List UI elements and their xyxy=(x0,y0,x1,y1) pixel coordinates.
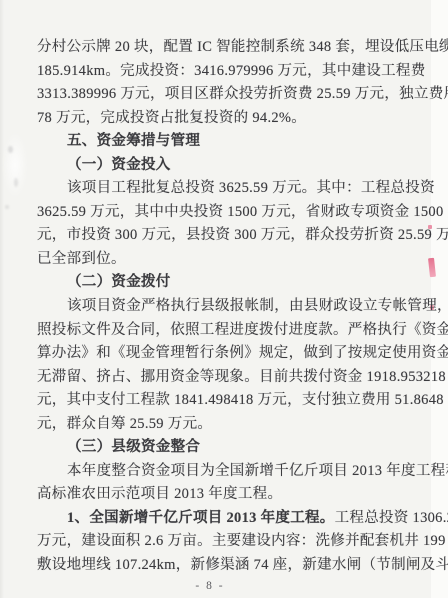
text-line: 敷设地埋线 107.24km，新修渠涵 74 座，新建水闸（节制闸及斗、 xyxy=(37,554,429,578)
text-line: 78 万元，完成投资占批复投资的 94.2%。 xyxy=(37,107,429,131)
heading-line: （三）县级资金整合 xyxy=(37,436,429,460)
text-line: 元，群众自筹 25.59 万元。 xyxy=(37,413,429,437)
text-line: 元，其中支付工程款 1841.498418 万元，支付独立费用 51.8648 … xyxy=(37,389,429,413)
scanned-document-page: 分村公示牌 20 块，配置 IC 智能控制系统 348 套，埋设低压电缆185.… xyxy=(0,0,448,598)
text-block: 分村公示牌 20 块，配置 IC 智能控制系统 348 套，埋设低压电缆185.… xyxy=(37,36,429,578)
heading-line: 五、资金筹措与管理 xyxy=(37,130,429,154)
text-line: 元，市投资 300 万元，县投资 300 万元，群众投劳折资 25.59 万元。 xyxy=(37,224,429,248)
text-line: 185.914km。完成投资：3416.979996 万元，其中建设工程费 xyxy=(37,60,429,84)
text-line: 1、全国新增千亿斤项目 2013 年度工程。工程总投资 1306.25 xyxy=(37,507,429,531)
text-line: 照投标文件及合同，依照工程进度拨付进度款。严格执行《资金结 xyxy=(37,319,429,343)
text-line: 该项目资金严格执行县级报帐制，由县财政设立专帐管理，按 xyxy=(37,295,429,319)
text-line: 已全部到位。 xyxy=(37,248,429,272)
page-left-edge-shade xyxy=(0,0,4,598)
scan-smudge xyxy=(2,130,28,200)
text-line: 算办法》和《现金管理暂行条例》规定，做到了按规定使用资金， xyxy=(37,342,429,366)
text-line: 高标准农田示范项目 2013 年度工程。 xyxy=(37,483,429,507)
text-line: 该项目工程批复总投资 3625.59 万元。其中：工程总投资 xyxy=(37,177,429,201)
heading-line: （一）资金投入 xyxy=(37,154,429,178)
scan-smudge xyxy=(8,146,13,153)
text-line: 无滞留、挤占、挪用资金等现象。目前共拨付资金 1918.953218 万 xyxy=(37,366,429,390)
text-line: 3313.389996 万元，项目区群众投劳折资费 25.59 万元，独立费用 xyxy=(37,83,429,107)
text-line: 分村公示牌 20 块，配置 IC 智能控制系统 348 套，埋设低压电缆 xyxy=(37,36,429,60)
text-line: 万元，建设面积 2.6 万亩。主要建设内容：洗修并配套机井 199 套， xyxy=(37,530,429,554)
scan-smudge xyxy=(14,178,18,187)
heading-line: （二）资金拨付 xyxy=(37,271,429,295)
scan-smudge xyxy=(5,205,9,209)
page-number: - 8 - xyxy=(0,580,434,592)
text-line: 3625.59 万元，其中中央投资 1500 万元，省财政专项资金 1500 万 xyxy=(37,201,429,225)
text-line: 本年度整合资金项目为全国新增千亿斤项目 2013 年度工程和 xyxy=(37,460,429,484)
